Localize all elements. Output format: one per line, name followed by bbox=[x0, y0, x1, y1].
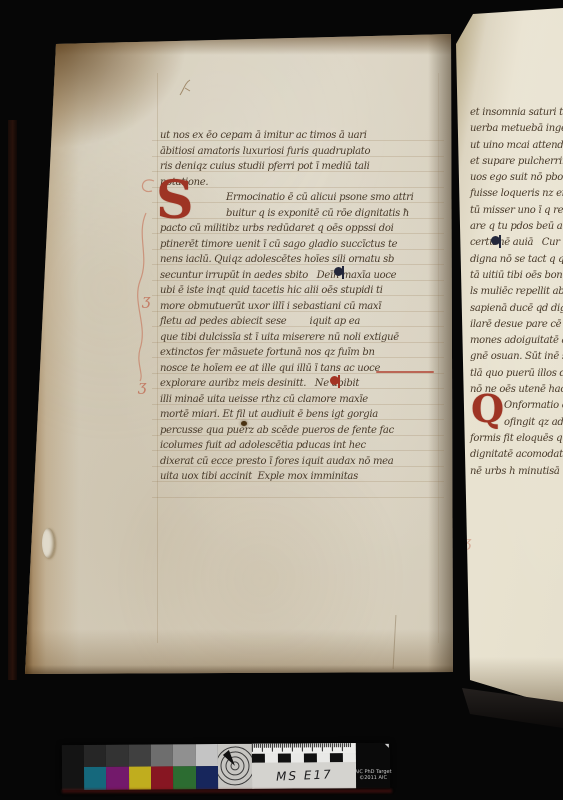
mm-tick bbox=[278, 744, 279, 748]
mm-tick bbox=[280, 744, 281, 748]
mm-tick bbox=[342, 743, 343, 751]
text-line: ābitiosi amatoris luxuriosi furis quadru… bbox=[160, 144, 446, 160]
text-line: ls muliēc repellit ab se bbox=[470, 284, 563, 300]
ruler: MS E17 bbox=[252, 743, 356, 789]
mm-tick bbox=[290, 744, 291, 748]
cm-segment bbox=[343, 753, 356, 762]
color-patch bbox=[106, 745, 128, 767]
text-line: illi minaē uita ueisse rthz cū clamore m… bbox=[160, 392, 446, 408]
mm-tick bbox=[308, 743, 309, 747]
text-line: ut nos ex ēo cepam ā imitur ac timos ā u… bbox=[160, 128, 446, 144]
parchment-stain bbox=[241, 421, 247, 426]
rubric-underline bbox=[376, 371, 434, 373]
text-line: fuisse loqueris nz ei quē bbox=[470, 186, 563, 202]
maker-copyright: ©2011 AIC bbox=[359, 775, 387, 781]
cm-segment bbox=[252, 754, 265, 763]
text-line: nosce te hoīem ee at ille qui illū ī tan… bbox=[160, 361, 446, 377]
gray-scale-patches bbox=[84, 744, 218, 767]
text-line: ut uino mcai attendē nō bbox=[470, 138, 563, 154]
mm-tick bbox=[348, 743, 349, 747]
mm-tick bbox=[256, 744, 257, 748]
text-line: notatione. bbox=[160, 175, 446, 191]
text-line: tū misser uno ī q regat bbox=[470, 203, 563, 219]
text-line: explorare auribz meis desinitt. Ne abibi… bbox=[160, 376, 446, 392]
cm-segment bbox=[317, 753, 330, 762]
color-patch bbox=[151, 766, 173, 789]
mm-tick bbox=[254, 744, 255, 748]
text-line: dignitatē acomodata aut bbox=[470, 447, 563, 463]
mm-tick bbox=[338, 743, 339, 747]
text-line: uerba metuebā inge n bbox=[470, 121, 563, 137]
paraph-mark-blue-icon bbox=[334, 266, 346, 279]
text-line: percusse qua puerz ab scēde pueros de fe… bbox=[160, 423, 446, 439]
mm-tick bbox=[294, 744, 295, 748]
margin-pen-mark-icon bbox=[178, 79, 192, 97]
mm-tick bbox=[318, 743, 319, 747]
mm-tick bbox=[328, 743, 329, 747]
text-line: digna nō se tact q que c bbox=[470, 252, 563, 268]
text-line: extinctos fer māsuete fortunā nos qz fuī… bbox=[160, 345, 446, 361]
text-line: certu nē auiā Cur nō bbox=[470, 235, 563, 251]
text-line: ptinerēt timore uenit ī cū sago gladio s… bbox=[160, 237, 446, 253]
color-patch bbox=[129, 767, 151, 790]
text-line: secuntur irrupūt in aedes sbito Deīn max… bbox=[160, 268, 446, 284]
mm-tick bbox=[350, 743, 351, 747]
text-line: uita uox tibi accinit Exple mox imminita… bbox=[160, 469, 446, 485]
mm-tick bbox=[330, 743, 331, 747]
mm-tick bbox=[344, 743, 345, 747]
mm-tick bbox=[266, 744, 267, 748]
text-line: et supare pulcherrimā c bbox=[470, 154, 563, 170]
mm-tick bbox=[306, 743, 307, 747]
mm-tick bbox=[296, 744, 297, 748]
mm-tick bbox=[324, 743, 325, 747]
color-patch bbox=[84, 745, 106, 767]
cm-segment bbox=[278, 754, 291, 763]
mm-tick bbox=[264, 744, 265, 748]
text-line: ris deniqz cuius studii pferri pot ī med… bbox=[160, 159, 446, 175]
text-line: pacto cū militibz urbs redūdaret q oēs o… bbox=[160, 221, 446, 237]
margin-squiggle-icon: ʒ bbox=[142, 291, 150, 309]
text-line: dixerat cū ecce presto ī fores iquit aud… bbox=[160, 454, 446, 470]
specimen-label: MS E17 bbox=[252, 762, 356, 789]
mm-tick bbox=[340, 743, 341, 747]
color-patch bbox=[196, 766, 218, 789]
margin-squiggle-icon: ʒ bbox=[138, 377, 146, 395]
text-line: que tibi dulcissīa st ī uita miserere nū… bbox=[160, 330, 446, 346]
mm-tick bbox=[258, 744, 259, 748]
cm-segment bbox=[291, 753, 304, 762]
mm-tick bbox=[298, 743, 299, 747]
cm-segment bbox=[265, 754, 278, 763]
mm-tick bbox=[314, 743, 315, 747]
registration-bullseye-icon bbox=[218, 744, 252, 789]
text-line: icolumes fuit ad adolescētia pducas int … bbox=[160, 438, 446, 454]
color-patch bbox=[151, 744, 173, 766]
manuscript-photo: ut nos ex ēo cepam ā imitur ac timos ā u… bbox=[0, 0, 563, 800]
mm-tick bbox=[252, 744, 253, 752]
text-line: tlā quo puerū illos d bbox=[470, 366, 563, 382]
mm-tick bbox=[262, 744, 263, 752]
mm-tick bbox=[274, 744, 275, 748]
mm-tick bbox=[288, 744, 289, 748]
text-line: are q tu pdos beū aīa bbox=[470, 219, 563, 235]
text-line: ilarē desue pare cē il bbox=[470, 317, 563, 333]
target-maker-label: AIC PhD Target ©2011 AIC bbox=[356, 743, 390, 788]
ruling-line bbox=[152, 497, 444, 498]
mm-tick bbox=[316, 743, 317, 747]
margin-squiggle-icon: ʒ bbox=[463, 533, 471, 551]
cm-segment bbox=[304, 753, 317, 762]
handwritten-shelfmark: MS E17 bbox=[275, 767, 332, 783]
mm-tick bbox=[284, 744, 285, 748]
color-patch bbox=[84, 767, 106, 790]
text-line: mortē miari. Et fil ut audiuit ē bens ig… bbox=[160, 407, 446, 423]
mm-tick bbox=[336, 743, 337, 747]
color-patch bbox=[106, 767, 128, 790]
black-patch bbox=[62, 745, 84, 790]
text-line: sapienā ducē qd dig az bbox=[470, 301, 563, 317]
text-line: et insomnia saturi tuo bbox=[470, 105, 563, 121]
color-patch bbox=[173, 766, 195, 789]
text-block: ut nos ex ēo cepam ā imitur ac timos ā u… bbox=[160, 128, 446, 485]
mm-tick bbox=[322, 743, 323, 751]
mm-tick bbox=[332, 743, 333, 751]
mm-tick bbox=[320, 743, 321, 747]
mm-tick bbox=[326, 743, 327, 747]
mm-tick bbox=[282, 744, 283, 752]
table-reflection bbox=[62, 789, 392, 793]
text-line: Ermocinatio ē cū alicui psone smo attri bbox=[160, 190, 446, 206]
mm-tick bbox=[276, 744, 277, 748]
mm-tick bbox=[310, 743, 311, 747]
color-patches bbox=[84, 766, 218, 790]
text-line: nens iaclū. Quiqz adolescētes hoīes sili… bbox=[160, 252, 446, 268]
text-line: buitur q is exponitē cū rōe dignitatis ħ bbox=[160, 206, 446, 222]
mm-tick bbox=[304, 743, 305, 747]
mm-tick bbox=[346, 743, 347, 747]
text-line: more obmutuerūt uxor illī i sebastiani c… bbox=[160, 299, 446, 315]
mm-tick bbox=[300, 743, 301, 747]
mm-tick bbox=[286, 744, 287, 748]
verso-page: ut nos ex ēo cepam ā imitur ac timos ā u… bbox=[24, 33, 454, 675]
parchment-flaw bbox=[42, 528, 55, 558]
paraph-mark-blue-icon bbox=[491, 235, 503, 248]
mm-tick bbox=[292, 744, 293, 752]
mm-tick bbox=[260, 744, 261, 748]
mm-tick bbox=[270, 744, 271, 748]
illuminated-initial-q: Q bbox=[471, 390, 504, 428]
text-line: nē urbs h minutisā ua bbox=[470, 464, 563, 480]
color-patch bbox=[129, 745, 151, 767]
binding-board-edge bbox=[8, 120, 17, 680]
mm-tick bbox=[312, 743, 313, 751]
mm-tick bbox=[302, 743, 303, 751]
cm-segment bbox=[330, 753, 343, 762]
text-line: tā uitiū tibi oēs boniruē bbox=[470, 268, 563, 284]
text-line: uos ego suit nō pbo bbox=[470, 170, 563, 186]
text-line: gnē osuan. Sūt inē s bbox=[470, 349, 563, 365]
text-line: formis fit eloquēs q fo bbox=[470, 431, 563, 447]
recto-page: et insomnia saturi tuo uerba metuebā ing… bbox=[455, 8, 563, 712]
text-line: ubi ē iste inqt quid tacetis hic alii oē… bbox=[160, 283, 446, 299]
mm-tick bbox=[334, 743, 335, 747]
text-line: mones adoiguitatē ac bbox=[470, 333, 563, 349]
mm-tick bbox=[272, 744, 273, 752]
calibration-target: MS E17 AIC PhD Target ©2011 AIC bbox=[62, 743, 390, 790]
color-patch bbox=[173, 744, 195, 766]
paraph-mark-red-icon bbox=[330, 375, 342, 388]
corner-notch-icon bbox=[385, 744, 389, 752]
bottom-shadow bbox=[24, 629, 454, 675]
text-line: fletu ad pedes abiecit sese iquit ap ea bbox=[160, 314, 446, 330]
mm-tick bbox=[268, 744, 269, 748]
initial-flourish-icon bbox=[132, 173, 162, 383]
color-patch bbox=[195, 744, 217, 766]
